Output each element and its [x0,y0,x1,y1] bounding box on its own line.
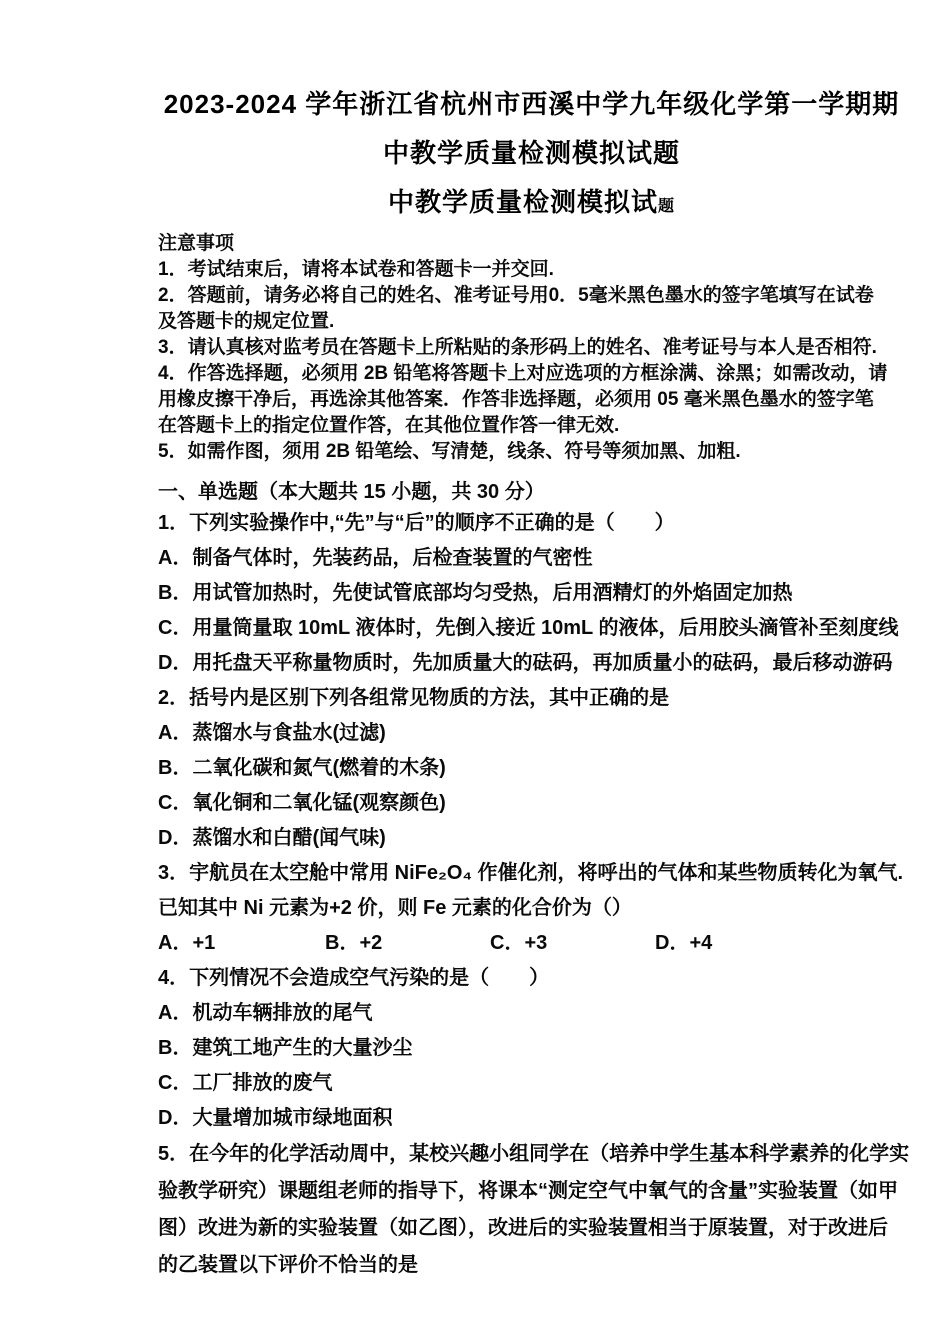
notice-item-4-line-2: 用橡皮擦干净后，再选涂其他答案．作答非选择题，必须用 05 毫米黑色墨水的签字笔 [158,387,905,413]
title-line-3-main: 中教学质量检测模拟试 [388,187,658,217]
question-1-option-c: C．用量筒量取 10mL 液体时，先倒入接近 10mL 的液体，后用胶头滴管补至… [158,611,905,646]
title-line-3: 中教学质量检测模拟试题 [158,178,905,231]
question-1-option-b: B．用试管加热时，先使试管底部均匀受热，后用酒精灯的外焰固定加热 [158,576,905,611]
question-5: 5．在今年的化学活动周中，某校兴趣小组同学在（培养中学生基本科学素养的化学实 验… [158,1136,905,1284]
question-2-option-c: C．氧化铜和二氧化锰(观察颜色) [158,786,905,821]
question-3-stem-line-2: 已知其中 Ni 元素为+2 价，则 Fe 元素的化合价为（） [158,891,905,926]
title-line-2: 中教学质量检测模拟试题 [158,129,905,178]
exam-title: 2023-2024 学年浙江省杭州市西溪中学九年级化学第一学期期 中教学质量检测… [158,80,905,231]
question-4-option-b: B．建筑工地产生的大量沙尘 [158,1031,905,1066]
notice-item-2-line-2: 及答题卡的规定位置. [158,309,905,335]
title-line-3-small: 题 [658,198,675,215]
notice-item-2-line-1: 2．答题前，请务必将自己的姓名、准考证号用0．5毫米黑色墨水的签字笔填写在试卷 [158,283,905,309]
section-1-heading: 一、单选题（本大题共 15 小题，共 30 分） [158,479,905,506]
question-4-stem: 4．下列情况不会造成空气污染的是（ ） [158,961,905,996]
notice-item-4-line-1: 4．作答选择题，必须用 2B 铅笔将答题卡上对应选项的方框涂满、涂黑；如需改动，… [158,361,905,387]
question-2-option-a: A．蒸馏水与食盐水(过滤) [158,716,905,751]
question-4-option-d: D．大量增加城市绿地面积 [158,1101,905,1136]
question-5-stem-line-3: 图）改进为新的实验装置（如乙图），改进后的实验装置相当于原装置，对于改进后 [158,1210,905,1247]
question-3-option-c: C．+3 [490,926,655,961]
exam-paper-page: 2023-2024 学年浙江省杭州市西溪中学九年级化学第一学期期 中教学质量检测… [0,0,950,1344]
notice-item-3: 3．请认真核对监考员在答题卡上所粘贴的条形码上的姓名、准考证号与本人是否相符. [158,335,905,361]
question-5-stem-line-1: 5．在今年的化学活动周中，某校兴趣小组同学在（培养中学生基本科学素养的化学实 [158,1136,905,1173]
notice-item-1: 1．考试结束后，请将本试卷和答题卡一并交回. [158,257,905,283]
question-3-options-row: A．+1 B．+2 C．+3 D．+4 [158,926,905,961]
question-2-option-d: D．蒸馏水和白醋(闻气味) [158,821,905,856]
notice-item-4-line-3: 在答题卡上的指定位置作答，在其他位置作答一律无效. [158,413,905,439]
question-4-option-a: A．机动车辆排放的尾气 [158,996,905,1031]
question-3-option-b: B．+2 [325,926,490,961]
question-3-option-a: A．+1 [158,926,325,961]
question-2: 2．括号内是区别下列各组常见物质的方法，其中正确的是 A．蒸馏水与食盐水(过滤)… [158,681,905,856]
question-1-option-a: A．制备气体时，先装药品，后检查装置的气密性 [158,541,905,576]
question-4-option-c: C．工厂排放的废气 [158,1066,905,1101]
question-2-stem: 2．括号内是区别下列各组常见物质的方法，其中正确的是 [158,681,905,716]
question-3-stem-line-1: 3．宇航员在太空舱中常用 NiFe₂O₄ 作催化剂，将呼出的气体和某些物质转化为… [158,856,905,891]
notice-section: 注意事项 1．考试结束后，请将本试卷和答题卡一并交回. 2．答题前，请务必将自己… [158,231,905,465]
question-1-option-d: D．用托盘天平称量物质时，先加质量大的砝码，再加质量小的砝码，最后移动游码 [158,646,905,681]
question-2-option-b: B．二氧化碳和氮气(燃着的木条) [158,751,905,786]
question-3-option-d: D．+4 [655,926,905,961]
question-4: 4．下列情况不会造成空气污染的是（ ） A．机动车辆排放的尾气 B．建筑工地产生… [158,961,905,1136]
question-5-stem-line-2: 验教学研究）课题组老师的指导下，将课本“测定空气中氧气的含量”实验装置（如甲 [158,1173,905,1210]
question-5-stem-line-4: 的乙装置以下评价不恰当的是 [158,1247,905,1284]
notice-heading: 注意事项 [158,231,905,257]
notice-item-5: 5．如需作图，须用 2B 铅笔绘、写清楚，线条、符号等须加黑、加粗. [158,439,905,465]
question-1: 1．下列实验操作中,“先”与“后”的顺序不正确的是（ ） A．制备气体时，先装药… [158,506,905,681]
question-3: 3．宇航员在太空舱中常用 NiFe₂O₄ 作催化剂，将呼出的气体和某些物质转化为… [158,856,905,961]
question-1-stem: 1．下列实验操作中,“先”与“后”的顺序不正确的是（ ） [158,506,905,541]
title-line-1: 2023-2024 学年浙江省杭州市西溪中学九年级化学第一学期期 [158,80,905,129]
